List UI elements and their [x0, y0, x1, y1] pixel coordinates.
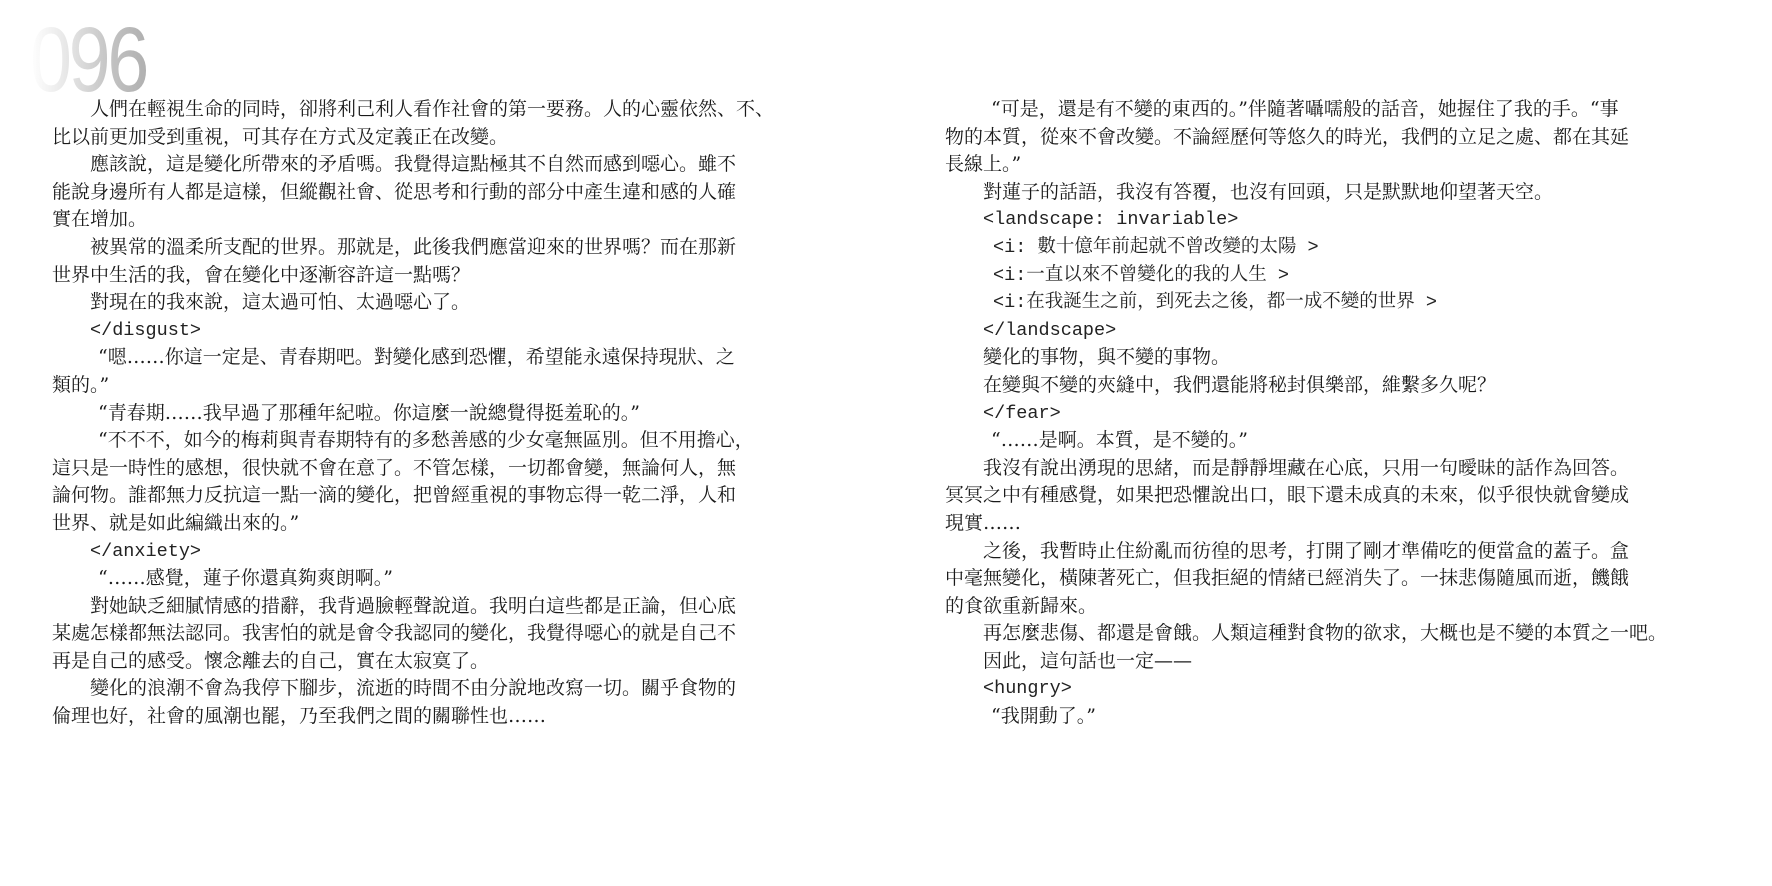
text-line: 物的本質，從來不會改變。不論經歷何等悠久的時光，我們的立足之處、都在其延: [945, 124, 1717, 152]
dialogue-line: “……是啊。本質，是不變的。”: [945, 427, 1717, 455]
text-line: 對現在的我來說，這太過可怕、太過噁心了。: [52, 289, 832, 317]
text-line: 應該說，這是變化所帶來的矛盾嗎。我覺得這點極其不自然而感到噁心。雖不: [52, 151, 832, 179]
text-line: 中毫無變化，橫陳著死亡，但我拒絕的情緒已經消失了。一抹悲傷隨風而逝，饑餓: [945, 565, 1717, 593]
text-line: 現實……: [945, 510, 1717, 538]
text-line: 的食欲重新歸來。: [945, 593, 1717, 621]
text-line: 對蓮子的話語，我沒有答覆，也沒有回頭，只是默默地仰望著天空。: [945, 179, 1717, 207]
text-line: 某處怎樣都無法認同。我害怕的就是會令我認同的變化，我覺得噁心的就是自己不: [52, 620, 832, 648]
text-line: 實在增加。: [52, 206, 832, 234]
text-line: 被異常的溫柔所支配的世界。那就是，此後我們應當迎來的世界嗎？而在那新: [52, 234, 832, 262]
dialogue-line: “不不不，如今的梅莉與青春期特有的多愁善感的少女毫無區別。但不用擔心，: [52, 427, 832, 455]
text-line: 變化的浪潮不會為我停下腳步，流逝的時間不由分說地改寫一切。關乎食物的: [52, 675, 832, 703]
tag-item-line: <i:一直以來不曾變化的我的人生 >: [945, 262, 1717, 290]
tag-item-line: <i:在我誕生之前，到死去之後，都一成不變的世界 >: [945, 289, 1717, 317]
tag-line: </fear>: [945, 400, 1717, 428]
text-line: 世界中生活的我，會在變化中逐漸容許這一點嗎？: [52, 262, 832, 290]
text-line: 能說身邊所有人都是這樣，但縱觀社會、從思考和行動的部分中產生違和感的人確: [52, 179, 832, 207]
text-line: 再怎麼悲傷、都還是會餓。人類這種對食物的欲求，大概也是不變的本質之一吧。: [945, 620, 1717, 648]
dialogue-line: “我開動了。”: [945, 703, 1717, 731]
text-line: 我沒有說出湧現的思緒，而是靜靜埋藏在心底，只用一句曖昧的話作為回答。: [945, 455, 1717, 483]
left-page: 人們在輕視生命的同時，卻將利己利人看作社會的第一要務。人的心靈依然、不、 比以前…: [52, 96, 832, 731]
text-line: 比以前更加受到重視，可其存在方式及定義正在改變。: [52, 124, 832, 152]
text-line: 這只是一時性的感想，很快就不會在意了。不管怎樣，一切都會變，無論何人，無: [52, 455, 832, 483]
dialogue-line: “青春期……我早過了那種年紀啦。你這麼一說總覺得挺羞恥的。”: [52, 400, 832, 428]
text-line: 長線上。”: [945, 151, 1717, 179]
tag-item-line: <i: 數十億年前起就不曾改變的太陽 >: [945, 234, 1717, 262]
dialogue-line: “嗯……你這一定是、青春期吧。對變化感到恐懼，希望能永遠保持現狀、之: [52, 344, 832, 372]
text-line: 類的。”: [52, 372, 832, 400]
text-line: 論何物。誰都無力反抗這一點一滴的變化，把曾經重視的事物忘得一乾二淨，人和: [52, 482, 832, 510]
text-line: 再是自己的感受。懷念離去的自己，實在太寂寞了。: [52, 648, 832, 676]
text-line: 之後，我暫時止住紛亂而彷徨的思考，打開了剛才準備吃的便當盒的蓋子。盒: [945, 538, 1717, 566]
text-line: 變化的事物，與不變的事物。: [945, 344, 1717, 372]
text-line: 倫理也好，社會的風潮也罷，乃至我們之間的關聯性也……: [52, 703, 832, 731]
tag-line: </landscape>: [945, 317, 1717, 345]
page-number: 096: [30, 14, 146, 106]
right-page: “可是，還是有不變的東西的。”伴隨著囁嚅般的話音，她握住了我的手。“事 物的本質…: [945, 96, 1717, 731]
tag-line: <landscape: invariable>: [945, 206, 1717, 234]
tag-line: </anxiety>: [52, 538, 832, 566]
text-line: 對她缺乏細膩情感的措辭，我背過臉輕聲說道。我明白這些都是正論，但心底: [52, 593, 832, 621]
tag-line: </disgust>: [52, 317, 832, 345]
text-line: 在變與不變的夾縫中，我們還能將秘封俱樂部，維繫多久呢？: [945, 372, 1717, 400]
text-line: 人們在輕視生命的同時，卻將利己利人看作社會的第一要務。人的心靈依然、不、: [52, 96, 832, 124]
dialogue-line: “可是，還是有不變的東西的。”伴隨著囁嚅般的話音，她握住了我的手。“事: [945, 96, 1717, 124]
text-line: 世界、就是如此編織出來的。”: [52, 510, 832, 538]
tag-line: <hungry>: [945, 675, 1717, 703]
text-line: 因此，這句話也一定——: [945, 648, 1717, 676]
text-line: 冥冥之中有種感覺，如果把恐懼說出口，眼下還未成真的未來，似乎很快就會變成: [945, 482, 1717, 510]
dialogue-line: “……感覺，蓮子你還真夠爽朗啊。”: [52, 565, 832, 593]
